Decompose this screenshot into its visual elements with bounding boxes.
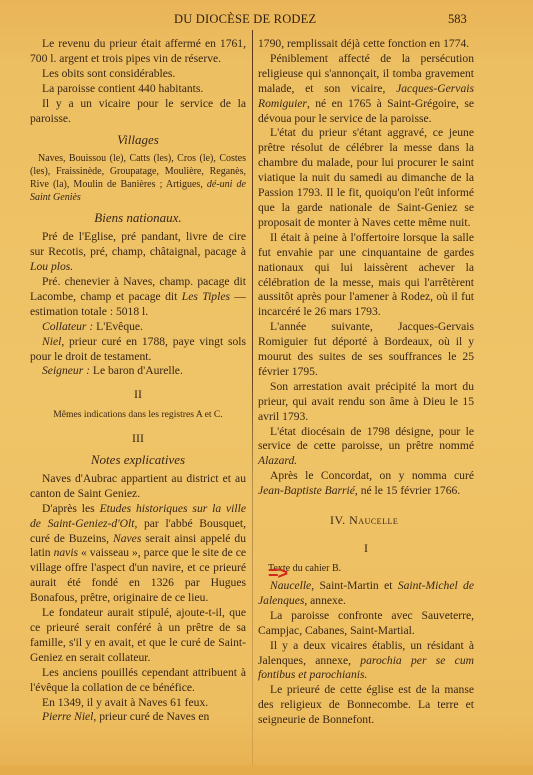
paragraph: Niel, prieur curé en 1788, paye vingt so…	[30, 335, 246, 365]
label: Collateur :	[42, 320, 93, 333]
paragraph: L'état du prieur s'étant aggravé, ce jeu…	[258, 126, 474, 230]
paragraph: Péniblement affecté de la persécution re…	[258, 52, 474, 127]
text: , prieur curé en 1788, paye vingt sols p…	[30, 335, 246, 363]
text: , prieur curé de Naves en	[93, 710, 209, 723]
section-II: II	[30, 387, 246, 402]
cahier-note: Texte du cahier B.	[258, 562, 474, 575]
text-italic: navis	[54, 546, 78, 559]
paragraph: L'état diocésain de 1798 désigne, pour l…	[258, 425, 474, 470]
text-italic: Alazard.	[258, 454, 297, 467]
page-bottom-edge	[0, 765, 533, 775]
text: L'état diocésain de 1798 désigne, pour l…	[258, 425, 474, 453]
section-II-note: Mêmes indications dans les registres A e…	[30, 408, 246, 423]
text: Pré de l'Eglise, pré pandant, livre de c…	[30, 230, 246, 258]
text-italic: Lou plos.	[30, 260, 73, 273]
paragraph: L'année suivante, Jacques-Gervais Romigu…	[258, 320, 474, 380]
paragraph: Il y a un vicaire pour le service de la …	[30, 97, 246, 127]
text-italic: Naves	[113, 532, 141, 545]
red-arrow-annotation: =>	[268, 563, 287, 584]
paragraph: Les anciens pouillés cependant attribuen…	[30, 666, 246, 696]
paragraph: Le fondateur aurait stipulé, ajoute-t-il…	[30, 606, 246, 666]
paragraph: 1790, remplissait déjà cette fonction en…	[258, 37, 474, 52]
paragraph: Les obits sont considérables.	[30, 67, 246, 82]
section-number: IV.	[330, 513, 349, 527]
paragraph: D'après les Etudes historiques sur la vi…	[30, 502, 246, 606]
paragraph: Le prieuré de cette église est de la man…	[258, 683, 474, 728]
text-italic: Jean-Baptiste Barrié	[258, 484, 355, 497]
paragraph: Il y a deux vicaires établis, un résidan…	[258, 639, 474, 684]
collateur-line: Collateur : L'Evêque.	[30, 320, 246, 335]
biens-heading: Biens nationaux.	[30, 211, 246, 226]
paragraph: La paroisse contient 440 habitants.	[30, 82, 246, 97]
villages-list: Naves, Bouissou (le), Catts (les), Cros …	[30, 152, 246, 204]
paragraph: Naucelle, Saint-Martin et Saint-Michel d…	[258, 579, 474, 609]
text: , annexe.	[304, 594, 346, 607]
paragraph: Son arrestation avait précipité la mort …	[258, 380, 474, 425]
text: Après le Concordat, on y nomma curé	[270, 469, 474, 482]
paragraph: Après le Concordat, on y nomma curé Jean…	[258, 469, 474, 499]
right-column: 1790, remplissait déjà cette fonction en…	[258, 37, 474, 728]
text: , né le 15 février 1766.	[355, 484, 460, 497]
paragraph: Pierre Niel, prieur curé de Naves en	[30, 710, 246, 725]
header-title: DU DIOCÈSE DE RODEZ	[174, 12, 316, 27]
value: Le baron d'Aurelle.	[90, 364, 183, 377]
text-italic: Pierre Niel	[42, 710, 93, 723]
section-heading-naucelle: IV. Naucelle	[258, 513, 474, 533]
running-header: DU DIOCÈSE DE RODEZ 583	[0, 12, 533, 30]
notes-heading: Notes explicatives	[30, 453, 246, 468]
text-italic: Niel	[42, 335, 61, 348]
text: D'après les	[42, 502, 100, 515]
text-italic: Les Tiples	[182, 290, 230, 303]
section-name: Naucelle	[349, 513, 398, 527]
paragraph: Naves d'Aubrac appartient au district et…	[30, 472, 246, 502]
section-III: III	[30, 431, 246, 446]
paragraph: La paroisse confronte avec Sauveterre, C…	[258, 609, 474, 639]
left-column: Le revenu du prieur était affermé en 176…	[30, 37, 246, 725]
page-number: 583	[448, 12, 467, 27]
label: Seigneur :	[42, 364, 90, 377]
paragraph: Pré. chenevier à Naves, champ. pacage di…	[30, 275, 246, 320]
text: , Saint-Martin et	[311, 579, 398, 592]
paragraph: Le revenu du prieur était affermé en 176…	[30, 37, 246, 67]
column-divider	[252, 30, 253, 775]
seigneur-line: Seigneur : Le baron d'Aurelle.	[30, 364, 246, 379]
section-title: IV. Naucelle	[330, 513, 398, 528]
scanned-page: DU DIOCÈSE DE RODEZ 583 Le revenu du pri…	[0, 0, 533, 775]
paragraph: Il était à peine à l'offertoire lorsque …	[258, 231, 474, 320]
paragraph: En 1349, il y avait à Naves 61 feux.	[30, 696, 246, 711]
subsection-I: I	[258, 541, 474, 556]
paragraph: Pré de l'Eglise, pré pandant, livre de c…	[30, 230, 246, 275]
value: L'Evêque.	[93, 320, 143, 333]
villages-heading: Villages	[30, 133, 246, 148]
